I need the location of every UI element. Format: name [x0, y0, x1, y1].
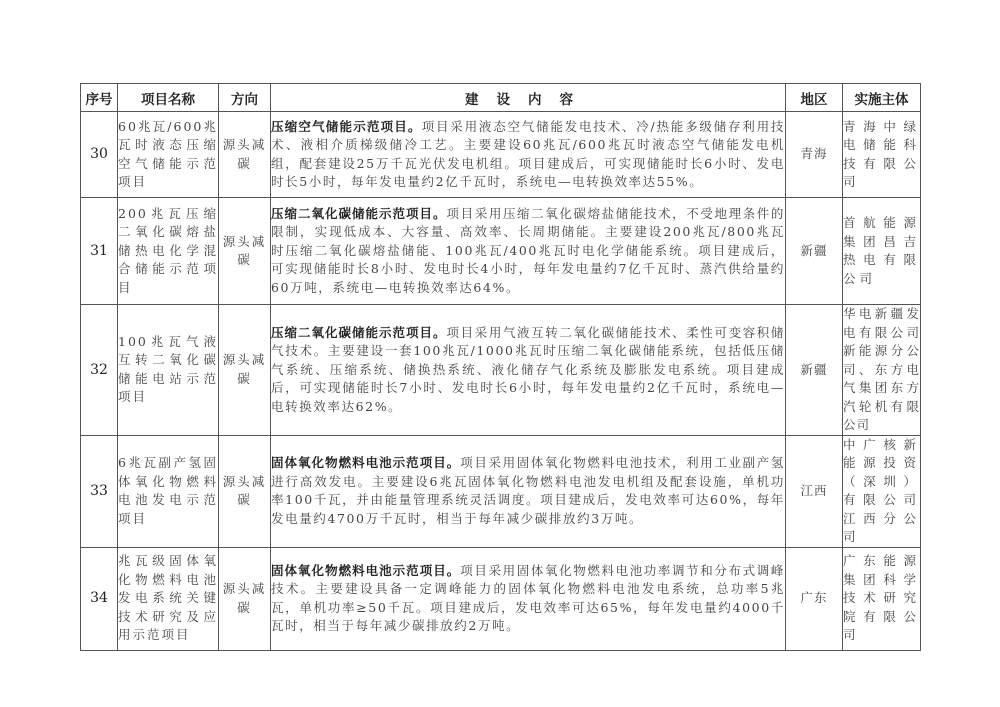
table-row: 30 60兆瓦/600兆瓦时液态压缩空气储能示范项目 源头减碳 压缩空气储能示范… [81, 112, 921, 198]
direction: 源头减碳 [219, 112, 271, 198]
table-row: 34 兆瓦级固体氧化物燃料电池发电系统关键技术研究及应用示范项目 源头减碳 固体… [81, 547, 921, 650]
region: 新疆 [786, 198, 843, 305]
content-lead: 压缩二氧化碳储能示范项目。 [271, 325, 447, 340]
direction: 源头减碳 [219, 435, 271, 547]
implementing-org: 广东能源集团科学技术研究院有限公司 [843, 547, 921, 650]
header-name: 项目名称 [118, 84, 219, 112]
construction-content: 固体氧化物燃料电池示范项目。项目采用固体氧化物燃料电池功率调节和分布式调峰技术。… [271, 547, 786, 650]
header-org: 实施主体 [843, 84, 921, 112]
row-number: 32 [81, 305, 118, 436]
content-lead: 压缩二氧化碳储能示范项目。 [271, 206, 447, 221]
implementing-org: 青海中绿电储能科技有限公司 [843, 112, 921, 198]
construction-content: 压缩二氧化碳储能示范项目。项目采用气液互转二氧化碳储能技术、柔性可变容积储气技术… [271, 305, 786, 436]
construction-content: 固体氧化物燃料电池示范项目。项目采用固体氧化物燃料电池技术，利用工业副产氢进行高… [271, 435, 786, 547]
header-content: 建设内容 [271, 84, 786, 112]
table-row: 33 6兆瓦副产氢固体氧化物燃料电池发电示范项目 源头减碳 固体氧化物燃料电池示… [81, 435, 921, 547]
row-number: 33 [81, 435, 118, 547]
content-lead: 固体氧化物燃料电池示范项目。 [271, 563, 460, 578]
implementing-org: 首航能源集团昌吉热电有限公司 [843, 198, 921, 305]
project-table: 序号 项目名称 方向 建设内容 地区 实施主体 30 60兆瓦/600兆瓦时液态… [80, 83, 921, 651]
table-row: 31 200兆瓦压缩二氧化碳熔盐储热电化学混合储能示范项目 源头减碳 压缩二氧化… [81, 198, 921, 305]
project-name: 200兆瓦压缩二氧化碳熔盐储热电化学混合储能示范项目 [118, 198, 219, 305]
implementing-org: 中广核新能源投资（深圳）有限公司江西分公司 [843, 435, 921, 547]
row-number: 34 [81, 547, 118, 650]
region: 青海 [786, 112, 843, 198]
table-row: 32 100兆瓦气液互转二氧化碳储能电站示范项目 源头减碳 压缩二氧化碳储能示范… [81, 305, 921, 436]
construction-content: 压缩二氧化碳储能示范项目。项目采用压缩二氧化碳熔盐储能技术，不受地理条件的限制，… [271, 198, 786, 305]
header-region: 地区 [786, 84, 843, 112]
content-lead: 固体氧化物燃料电池示范项目。 [271, 455, 460, 470]
project-name: 100兆瓦气液互转二氧化碳储能电站示范项目 [118, 305, 219, 436]
header-no: 序号 [81, 84, 118, 112]
row-number: 30 [81, 112, 118, 198]
region: 广东 [786, 547, 843, 650]
implementing-org: 华电新疆发电有限公司新能源分公司、东方电气集团东方汽轮机有限公司 [843, 305, 921, 436]
construction-content: 压缩空气储能示范项目。项目采用液态空气储能发电技术、冷/热能多级储存利用技术、液… [271, 112, 786, 198]
project-name: 6兆瓦副产氢固体氧化物燃料电池发电示范项目 [118, 435, 219, 547]
content-lead: 压缩空气储能示范项目。 [271, 119, 422, 134]
project-name: 60兆瓦/600兆瓦时液态压缩空气储能示范项目 [118, 112, 219, 198]
region: 江西 [786, 435, 843, 547]
direction: 源头减碳 [219, 547, 271, 650]
table-header-row: 序号 项目名称 方向 建设内容 地区 实施主体 [81, 84, 921, 112]
region: 新疆 [786, 305, 843, 436]
direction: 源头减碳 [219, 198, 271, 305]
header-direction: 方向 [219, 84, 271, 112]
row-number: 31 [81, 198, 118, 305]
project-name: 兆瓦级固体氧化物燃料电池发电系统关键技术研究及应用示范项目 [118, 547, 219, 650]
direction: 源头减碳 [219, 305, 271, 436]
